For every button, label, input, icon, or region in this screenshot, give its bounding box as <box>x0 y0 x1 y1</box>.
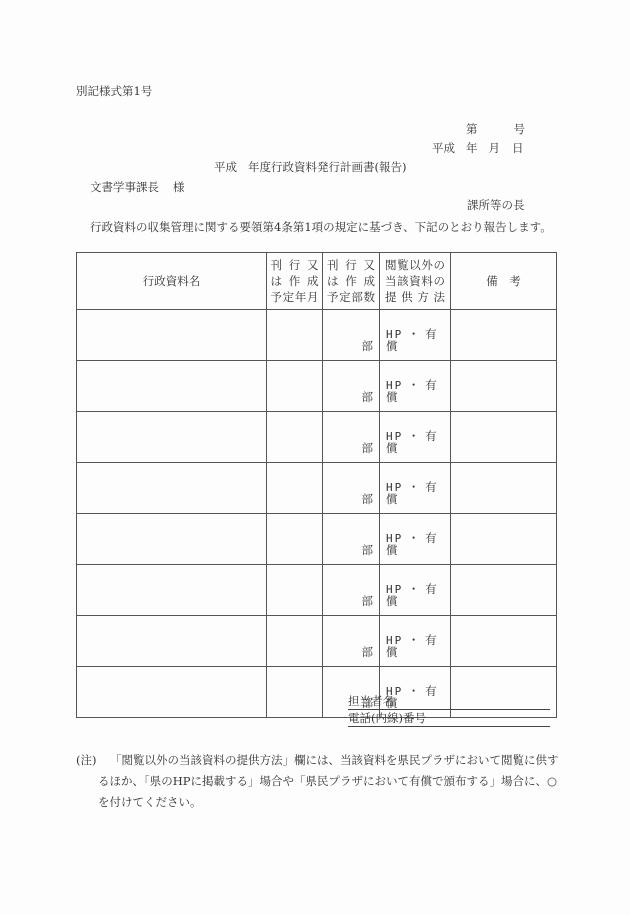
cell-copies[interactable]: 部 <box>323 463 380 514</box>
table-header-row: 行政資料名 刊 行 又 は 作 成 予定年月 刊 行 又 は 作 成 予定部数 … <box>77 253 557 310</box>
header-copies-line3: 予定部数 <box>327 289 375 305</box>
method-separator: ・ <box>408 327 421 341</box>
method-separator: ・ <box>408 582 421 596</box>
cell-material-name[interactable] <box>77 616 267 667</box>
cell-remarks[interactable] <box>451 412 557 463</box>
header-remarks: 備 考 <box>451 253 557 310</box>
footnote-label: (注) <box>76 750 96 771</box>
header-copies-line1: 刊 行 又 <box>327 257 375 273</box>
header-copies: 刊 行 又 は 作 成 予定部数 <box>323 253 380 310</box>
cell-material-name[interactable] <box>77 463 267 514</box>
copies-unit: 部 <box>362 543 374 557</box>
cell-copies[interactable]: 部 <box>323 514 380 565</box>
cell-material-name[interactable] <box>77 667 267 718</box>
cell-provision-method[interactable]: HP ・ 有償 <box>380 463 451 514</box>
header-copies-line2: は 作 成 <box>327 273 375 289</box>
cell-remarks[interactable] <box>451 310 557 361</box>
cell-copies[interactable]: 部 <box>323 616 380 667</box>
header-method-line2: 当該資料の <box>385 273 445 289</box>
cell-publish-date[interactable] <box>267 667 323 718</box>
cell-provision-method[interactable]: HP ・ 有償 <box>380 361 451 412</box>
date-day: 日 <box>512 141 524 155</box>
cell-publish-date[interactable] <box>267 514 323 565</box>
cell-remarks[interactable] <box>451 565 557 616</box>
header-publish-date: 刊 行 又 は 作 成 予定年月 <box>267 253 323 310</box>
cell-copies[interactable]: 部 <box>323 565 380 616</box>
document-number-suffix: 号 <box>514 122 526 136</box>
cell-remarks[interactable] <box>451 463 557 514</box>
cell-provision-method[interactable]: HP ・ 有償 <box>380 310 451 361</box>
table-row: 部 HP ・ 有償 <box>77 514 557 565</box>
table-row: 部 HP ・ 有償 <box>77 361 557 412</box>
footnote: (注) 「閲覧以外の当該資料の提供方法」欄には、当該資料を県民プラザにおいて閲覧… <box>76 750 560 813</box>
cell-remarks[interactable] <box>451 514 557 565</box>
footnote-text: 「閲覧以外の当該資料の提供方法」欄には、当該資料を県民プラザにおいて閲覧に供する… <box>76 750 560 813</box>
table-row: 部 HP ・ 有償 <box>77 565 557 616</box>
document-title: 平成年度行政資料発行計画書(報告) <box>214 162 406 174</box>
header-publish-date-line3: 予定年月 <box>271 289 319 305</box>
cell-publish-date[interactable] <box>267 616 323 667</box>
table-row: 部 HP ・ 有償 <box>77 412 557 463</box>
addressee-name: 文書学事課長 <box>90 180 159 194</box>
cell-copies[interactable]: 部 <box>323 667 380 718</box>
document-number-prefix: 第 <box>466 122 478 136</box>
method-separator: ・ <box>408 531 421 545</box>
cell-material-name[interactable] <box>77 361 267 412</box>
copies-unit: 部 <box>362 492 374 506</box>
addressee: 文書学事課長様 <box>90 182 185 194</box>
cell-copies[interactable]: 部 <box>323 361 380 412</box>
cell-material-name[interactable] <box>77 310 267 361</box>
document-date: 平成年月日 <box>432 143 524 155</box>
sender: 課所等の長 <box>467 200 525 212</box>
cell-provision-method[interactable]: HP ・ 有償 <box>380 667 451 718</box>
method-separator: ・ <box>408 378 421 392</box>
cell-material-name[interactable] <box>77 565 267 616</box>
copies-unit: 部 <box>362 441 374 455</box>
intro-paragraph: 行政資料の収集管理に関する要領第4条第1項の規定に基づき、下記のとおり報告します… <box>76 218 560 236</box>
cell-publish-date[interactable] <box>267 463 323 514</box>
header-publish-date-line2: は 作 成 <box>271 273 319 289</box>
contact-person-field[interactable]: 担当者名 <box>348 696 550 710</box>
cell-material-name[interactable] <box>77 514 267 565</box>
title-era: 平成 <box>214 160 237 174</box>
contact-phone-field[interactable]: 電話(内線)番号 <box>348 713 550 727</box>
header-method-line1: 閲覧以外の <box>385 257 445 273</box>
method-separator: ・ <box>408 633 421 647</box>
cell-provision-method[interactable]: HP ・ 有償 <box>380 412 451 463</box>
header-material-name: 行政資料名 <box>77 253 267 310</box>
copies-unit: 部 <box>362 645 374 659</box>
cell-copies[interactable]: 部 <box>323 310 380 361</box>
plan-table: 行政資料名 刊 行 又 は 作 成 予定年月 刊 行 又 は 作 成 予定部数 … <box>76 252 557 718</box>
table-row: 部 HP ・ 有償 <box>77 310 557 361</box>
copies-unit: 部 <box>362 390 374 404</box>
contact-phone-label: 電話(内線)番号 <box>348 711 426 725</box>
title-text: 年度行政資料発行計画書(報告) <box>248 160 406 174</box>
cell-copies[interactable]: 部 <box>323 412 380 463</box>
cell-remarks[interactable] <box>451 667 557 718</box>
date-era: 平成 <box>432 141 455 155</box>
date-year: 年 <box>466 141 478 155</box>
contact-person-label: 担当者名 <box>348 694 394 708</box>
cell-publish-date[interactable] <box>267 310 323 361</box>
header-provision-method: 閲覧以外の 当該資料の 提 供 方 法 <box>380 253 451 310</box>
cell-publish-date[interactable] <box>267 412 323 463</box>
date-month: 月 <box>489 141 501 155</box>
addressee-honorific: 様 <box>173 180 185 194</box>
header-publish-date-line1: 刊 行 又 <box>271 257 319 273</box>
cell-provision-method[interactable]: HP ・ 有償 <box>380 565 451 616</box>
table-row: 部 HP ・ 有償 <box>77 463 557 514</box>
copies-unit: 部 <box>362 339 374 353</box>
form-number: 別記様式第1号 <box>76 86 152 98</box>
table-row: 部 HP ・ 有償 <box>77 667 557 718</box>
method-separator: ・ <box>408 429 421 443</box>
copies-unit: 部 <box>362 594 374 608</box>
method-separator: ・ <box>408 480 421 494</box>
cell-provision-method[interactable]: HP ・ 有償 <box>380 514 451 565</box>
cell-material-name[interactable] <box>77 412 267 463</box>
cell-publish-date[interactable] <box>267 565 323 616</box>
cell-publish-date[interactable] <box>267 361 323 412</box>
document-number: 第号 <box>466 124 525 136</box>
table-row: 部 HP ・ 有償 <box>77 616 557 667</box>
header-method-line3: 提 供 方 法 <box>385 289 445 305</box>
cell-remarks[interactable] <box>451 616 557 667</box>
cell-provision-method[interactable]: HP ・ 有償 <box>380 616 451 667</box>
cell-remarks[interactable] <box>451 361 557 412</box>
